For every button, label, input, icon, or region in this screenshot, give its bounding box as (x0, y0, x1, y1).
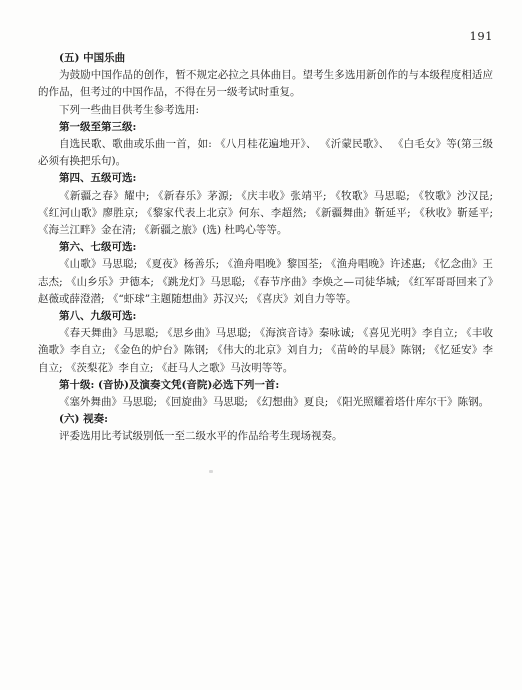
section-heading-sight-reading: (六) 视奏: (38, 411, 493, 428)
para-grade4-5-pieces: 《新疆之春》耀中; 《新春乐》茅源; 《庆丰收》张靖平; 《牧歌》马思聪; 《牧… (38, 188, 493, 240)
page-number: 191 (470, 29, 493, 43)
section-heading-chinese-pieces: (五) 中国乐曲 (38, 50, 493, 67)
para-grade8-9-pieces: 《春天舞曲》马思聪; 《思乡曲》马思聪; 《海滨音诗》秦咏诚; 《喜见光明》李自… (38, 325, 493, 377)
para-grade10-pieces: 《塞外舞曲》马思聪; 《回旋曲》马思聪; 《幻想曲》夏良; 《阳光照耀着塔什库尔… (38, 394, 493, 411)
subheading-grade6-7: 第六、七级可选: (38, 239, 493, 256)
subheading-grade10: 第十级: (音协)及演奏文凭(音院)必选下列一首: (38, 377, 493, 394)
subheading-grade8-9: 第八、九级可选: (38, 308, 493, 325)
subheading-grade4-5: 第四、五级可选: (38, 170, 493, 187)
page-content: (五) 中国乐曲 为鼓励中国作品的创作，暂不规定必拉之具体曲目。望考生多选用新创… (38, 50, 493, 446)
para-grade6-7-pieces: 《山歌》马思聪; 《夏夜》杨善乐; 《渔舟唱晚》黎国荃; 《渔舟唱晚》许述惠; … (38, 256, 493, 308)
para-grade1-to-3-pieces: 自选民歌、歌曲或乐曲一首，如: 《八月桂花遍地开》、 《沂蒙民歌》、 《白毛女》… (38, 136, 493, 170)
scanned-document-page: 191 (五) 中国乐曲 为鼓励中国作品的创作，暂不规定必拉之具体曲目。望考生多… (0, 0, 522, 690)
scan-artifact-dot (209, 470, 213, 473)
para-sight-reading-rule: 评委选用比考试级别低一至二级水平的作品给考生现场视奏。 (38, 428, 493, 445)
subheading-grade1-to-3: 第一级至第三级: (38, 119, 493, 136)
para-encouragement-note: 为鼓励中国作品的创作，暂不规定必拉之具体曲目。望考生多选用新创作的与本级程度相适… (38, 67, 493, 101)
para-reference-list-intro: 下列一些曲目供考生参考选用: (38, 102, 493, 119)
